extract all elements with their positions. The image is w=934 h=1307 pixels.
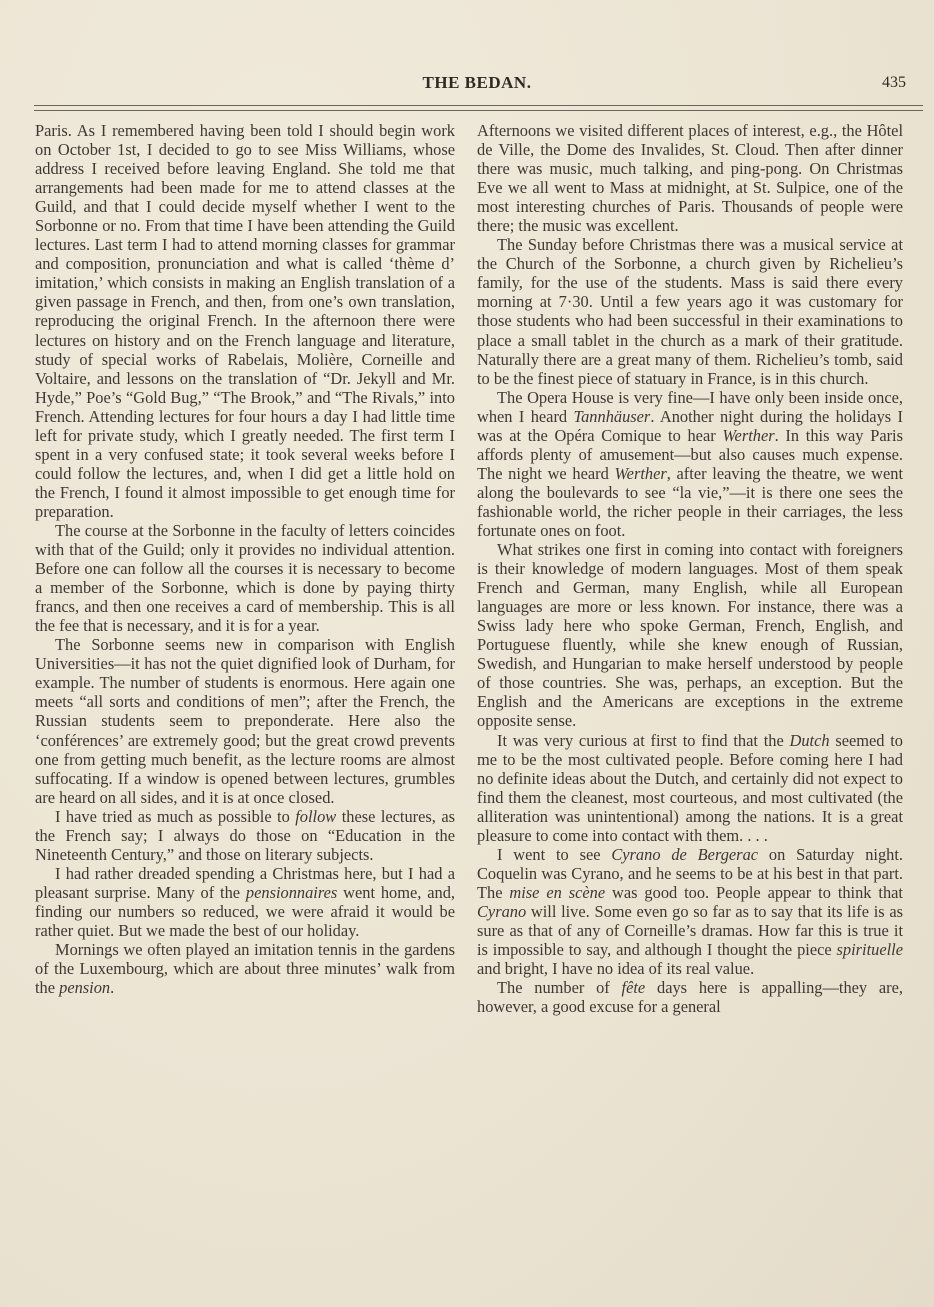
paragraph: The Sunday before Christmas there was a …	[477, 235, 903, 387]
italic-text: pensionnaires	[246, 883, 337, 902]
paragraph: Mornings we often played an imitation te…	[35, 940, 455, 997]
text-segment: was good too. People appear to think tha…	[605, 883, 903, 902]
paragraph: Afternoons we visited different places o…	[477, 121, 903, 235]
paragraph: The number of fête days here is appallin…	[477, 978, 903, 1016]
book-page: THE BEDAN. 435 Paris. As I remembered ha…	[0, 0, 934, 1307]
paragraph: The Sorbonne seems new in comparison wit…	[35, 635, 455, 806]
left-column: Paris. As I remembered having been told …	[35, 121, 455, 997]
italic-text: Tannhäuser	[574, 407, 651, 426]
paragraph: I went to see Cyrano de Bergerac on Satu…	[477, 845, 903, 978]
page-header: THE BEDAN. 435	[34, 68, 920, 98]
italic-text: Werther	[615, 464, 667, 483]
text-segment: The number of	[497, 978, 622, 997]
text-segment: I have tried as much as possible to	[55, 807, 295, 826]
italic-text: Cyrano de Bergerac	[611, 845, 758, 864]
header-rule-bottom	[34, 110, 923, 111]
paragraph: It was very curious at first to find tha…	[477, 731, 903, 845]
paragraph: I have tried as much as possible to foll…	[35, 807, 455, 864]
italic-text: follow	[295, 807, 336, 826]
italic-text: Cyrano	[477, 902, 526, 921]
text-segment: The course at the Sorbonne in the facult…	[35, 521, 455, 635]
italic-text: fête	[622, 978, 646, 997]
text-segment: The Sorbonne seems new in comparison wit…	[35, 635, 455, 806]
page-number: 435	[882, 74, 906, 92]
paragraph: The Opera House is very fine—I have only…	[477, 388, 903, 540]
italic-text: mise en scène	[509, 883, 605, 902]
paragraph: Paris. As I remembered having been told …	[35, 121, 455, 521]
text-segment: and bright, I have no idea of its real v…	[477, 959, 754, 978]
text-segment: It was very curious at first to find tha…	[497, 731, 790, 750]
text-segment: I went to see	[497, 845, 611, 864]
header-rule-top	[34, 105, 923, 106]
paragraph: What strikes one first in coming into co…	[477, 540, 903, 730]
italic-text: pension	[59, 978, 110, 997]
italic-text: Werther	[722, 426, 774, 445]
text-segment: What strikes one first in coming into co…	[477, 540, 903, 730]
right-column: Afternoons we visited different places o…	[477, 121, 903, 1016]
text-segment: The Sunday before Christmas there was a …	[477, 235, 903, 387]
text-segment: Afternoons we visited different places o…	[477, 121, 903, 235]
paragraph: I had rather dreaded spending a Christma…	[35, 864, 455, 940]
text-segment: .	[110, 978, 114, 997]
running-title: THE BEDAN.	[34, 73, 920, 93]
paragraph: The course at the Sorbonne in the facult…	[35, 521, 455, 635]
italic-text: spirituelle	[837, 940, 903, 959]
text-segment: Paris. As I remembered having been told …	[35, 121, 455, 521]
italic-text: Dutch	[790, 731, 830, 750]
